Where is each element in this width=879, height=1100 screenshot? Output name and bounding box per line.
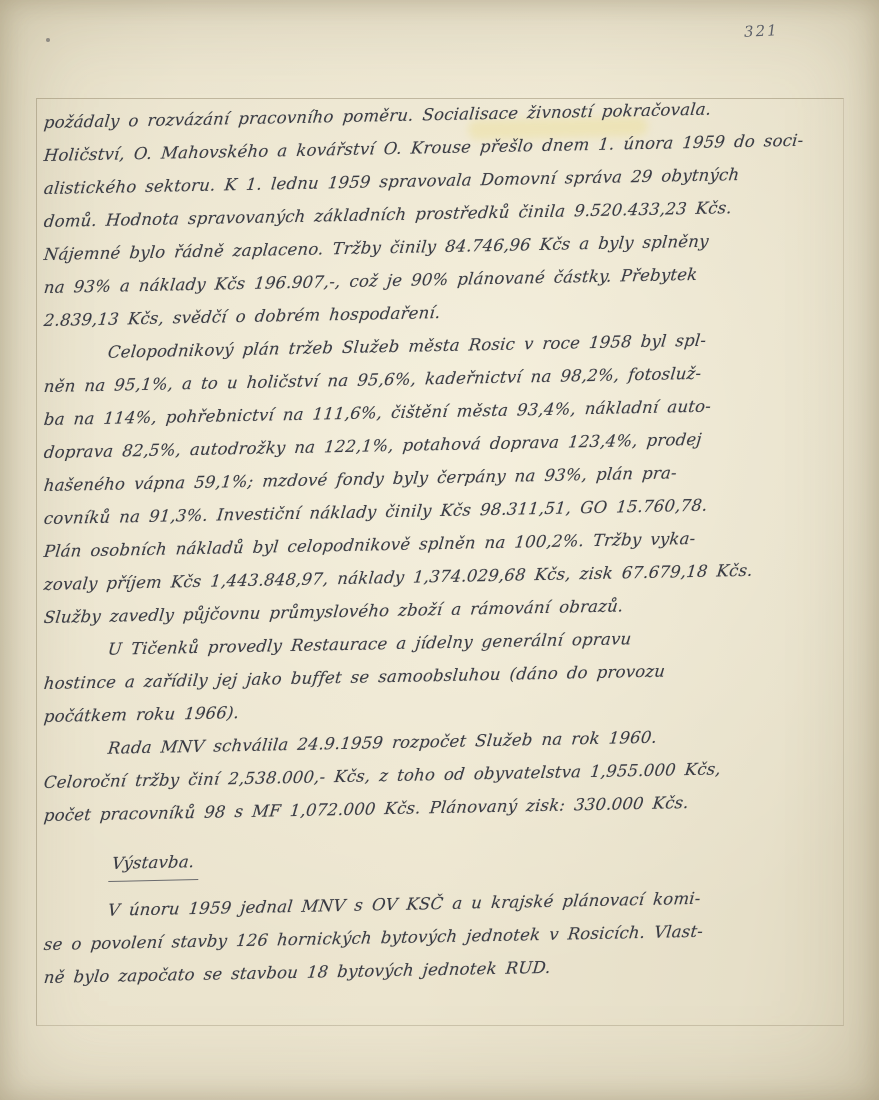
paragraph: V únoru 1959 jednal MNV s OV KSČ a u kra… [44, 895, 856, 994]
page-number: 321 [744, 21, 780, 41]
paper-speck [46, 38, 50, 42]
section-heading-block: Výstavba. [110, 847, 856, 882]
paragraph: Rada MNV schválila 24.9.1959 rozpočet Sl… [44, 733, 856, 832]
paragraph: Celopodnikový plán tržeb Služeb města Ro… [44, 337, 856, 634]
section-heading: Výstavba. [108, 845, 202, 882]
manuscript-text: požádaly o rozvázání pracovního poměru. … [44, 106, 856, 994]
paragraph: požádaly o rozvázání pracovního poměru. … [44, 106, 856, 337]
manuscript-page: 321 požádaly o rozvázání pracovního pomě… [0, 0, 879, 1100]
